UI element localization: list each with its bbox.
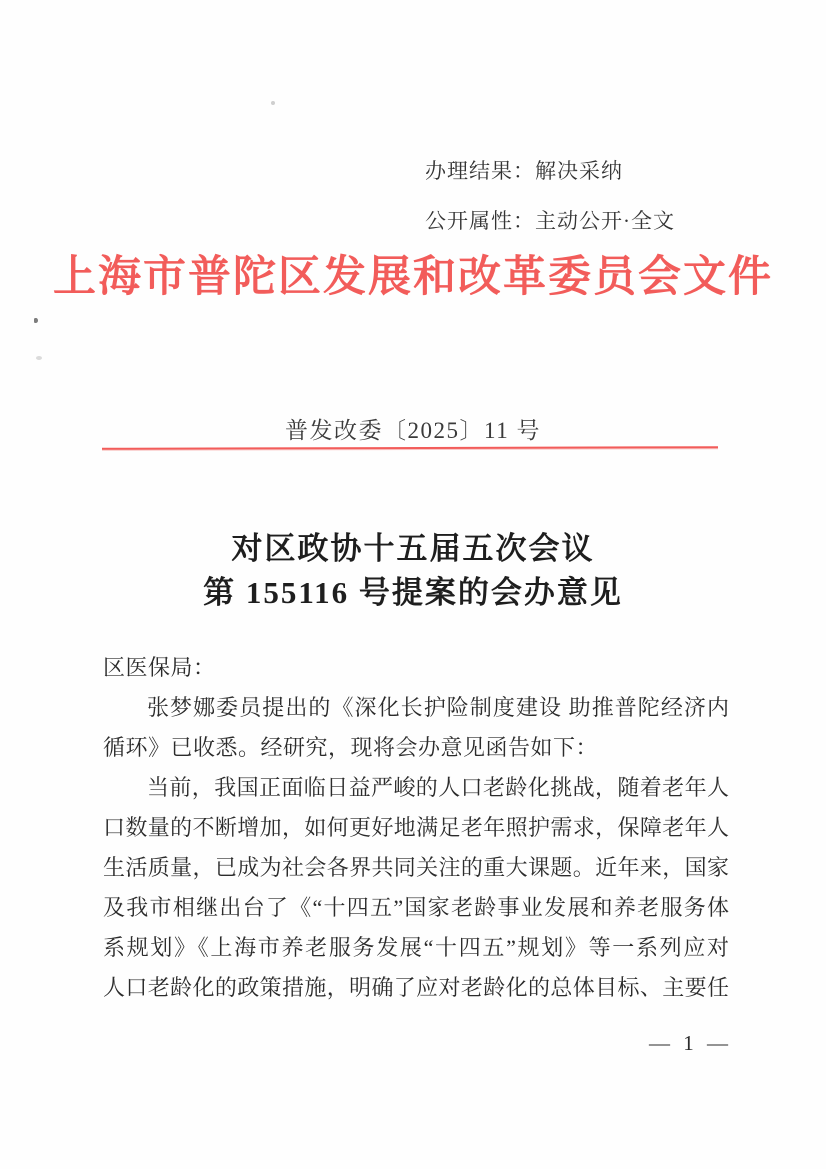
body-line: 人口老龄化的政策措施，明确了应对老龄化的总体目标、主要任 — [103, 968, 729, 1008]
document-title: 对区政协十五届五次会议 第 155116 号提案的会办意见 — [0, 527, 826, 615]
disclosure-line: 公开属性：主动公开·全文 — [425, 196, 675, 246]
body-line: 系规划》《上海市养老服务发展“十四五”规划》等一系列应对 — [103, 928, 729, 968]
scan-speck — [36, 356, 42, 360]
processing-result-line: 办理结果：解决采纳 — [425, 146, 675, 196]
body-line: 当前，我国正面临日益严峻的人口老龄化挑战，随着老年人 — [103, 768, 729, 808]
document-title-line-2: 第 155116 号提案的会办意见 — [0, 571, 826, 615]
disclosure-label: 公开属性： — [425, 209, 535, 233]
scan-speck — [271, 101, 275, 105]
agency-letterhead-title: 上海市普陀区发展和改革委员会文件 — [0, 243, 826, 304]
processing-result-label: 办理结果： — [425, 159, 535, 183]
red-divider-line — [102, 446, 718, 450]
document-page: 办理结果：解决采纳 公开属性：主动公开·全文 上海市普陀区发展和改革委员会文件 … — [0, 0, 826, 1169]
processing-result-value: 解决采纳 — [535, 159, 623, 183]
body-line: 及我市相继出台了《“十四五”国家老龄事业发展和养老服务体 — [103, 888, 729, 928]
document-number: 普发改委〔2025〕11 号 — [0, 412, 826, 445]
page-number: — 1 — — [649, 1031, 732, 1056]
body-line: 循环》已收悉。经研究，现将会办意见函告如下： — [103, 728, 729, 768]
scan-speck — [34, 318, 38, 323]
body-line: 生活质量，已成为社会各界共同关注的重大课题。近年来，国家 — [103, 848, 729, 888]
body-line: 张梦娜委员提出的《深化长护险制度建设 助推普陀经济内 — [103, 688, 729, 728]
body-line: 口数量的不断增加，如何更好地满足老年照护需求，保障老年人 — [103, 808, 729, 848]
disclosure-value: 主动公开·全文 — [535, 209, 675, 233]
document-meta-block: 办理结果：解决采纳 公开属性：主动公开·全文 — [425, 146, 675, 246]
document-title-line-1: 对区政协十五届五次会议 — [0, 527, 826, 571]
addressee-line: 区医保局： — [103, 648, 729, 688]
document-body: 区医保局： 张梦娜委员提出的《深化长护险制度建设 助推普陀经济内 循环》已收悉。… — [103, 648, 729, 1008]
